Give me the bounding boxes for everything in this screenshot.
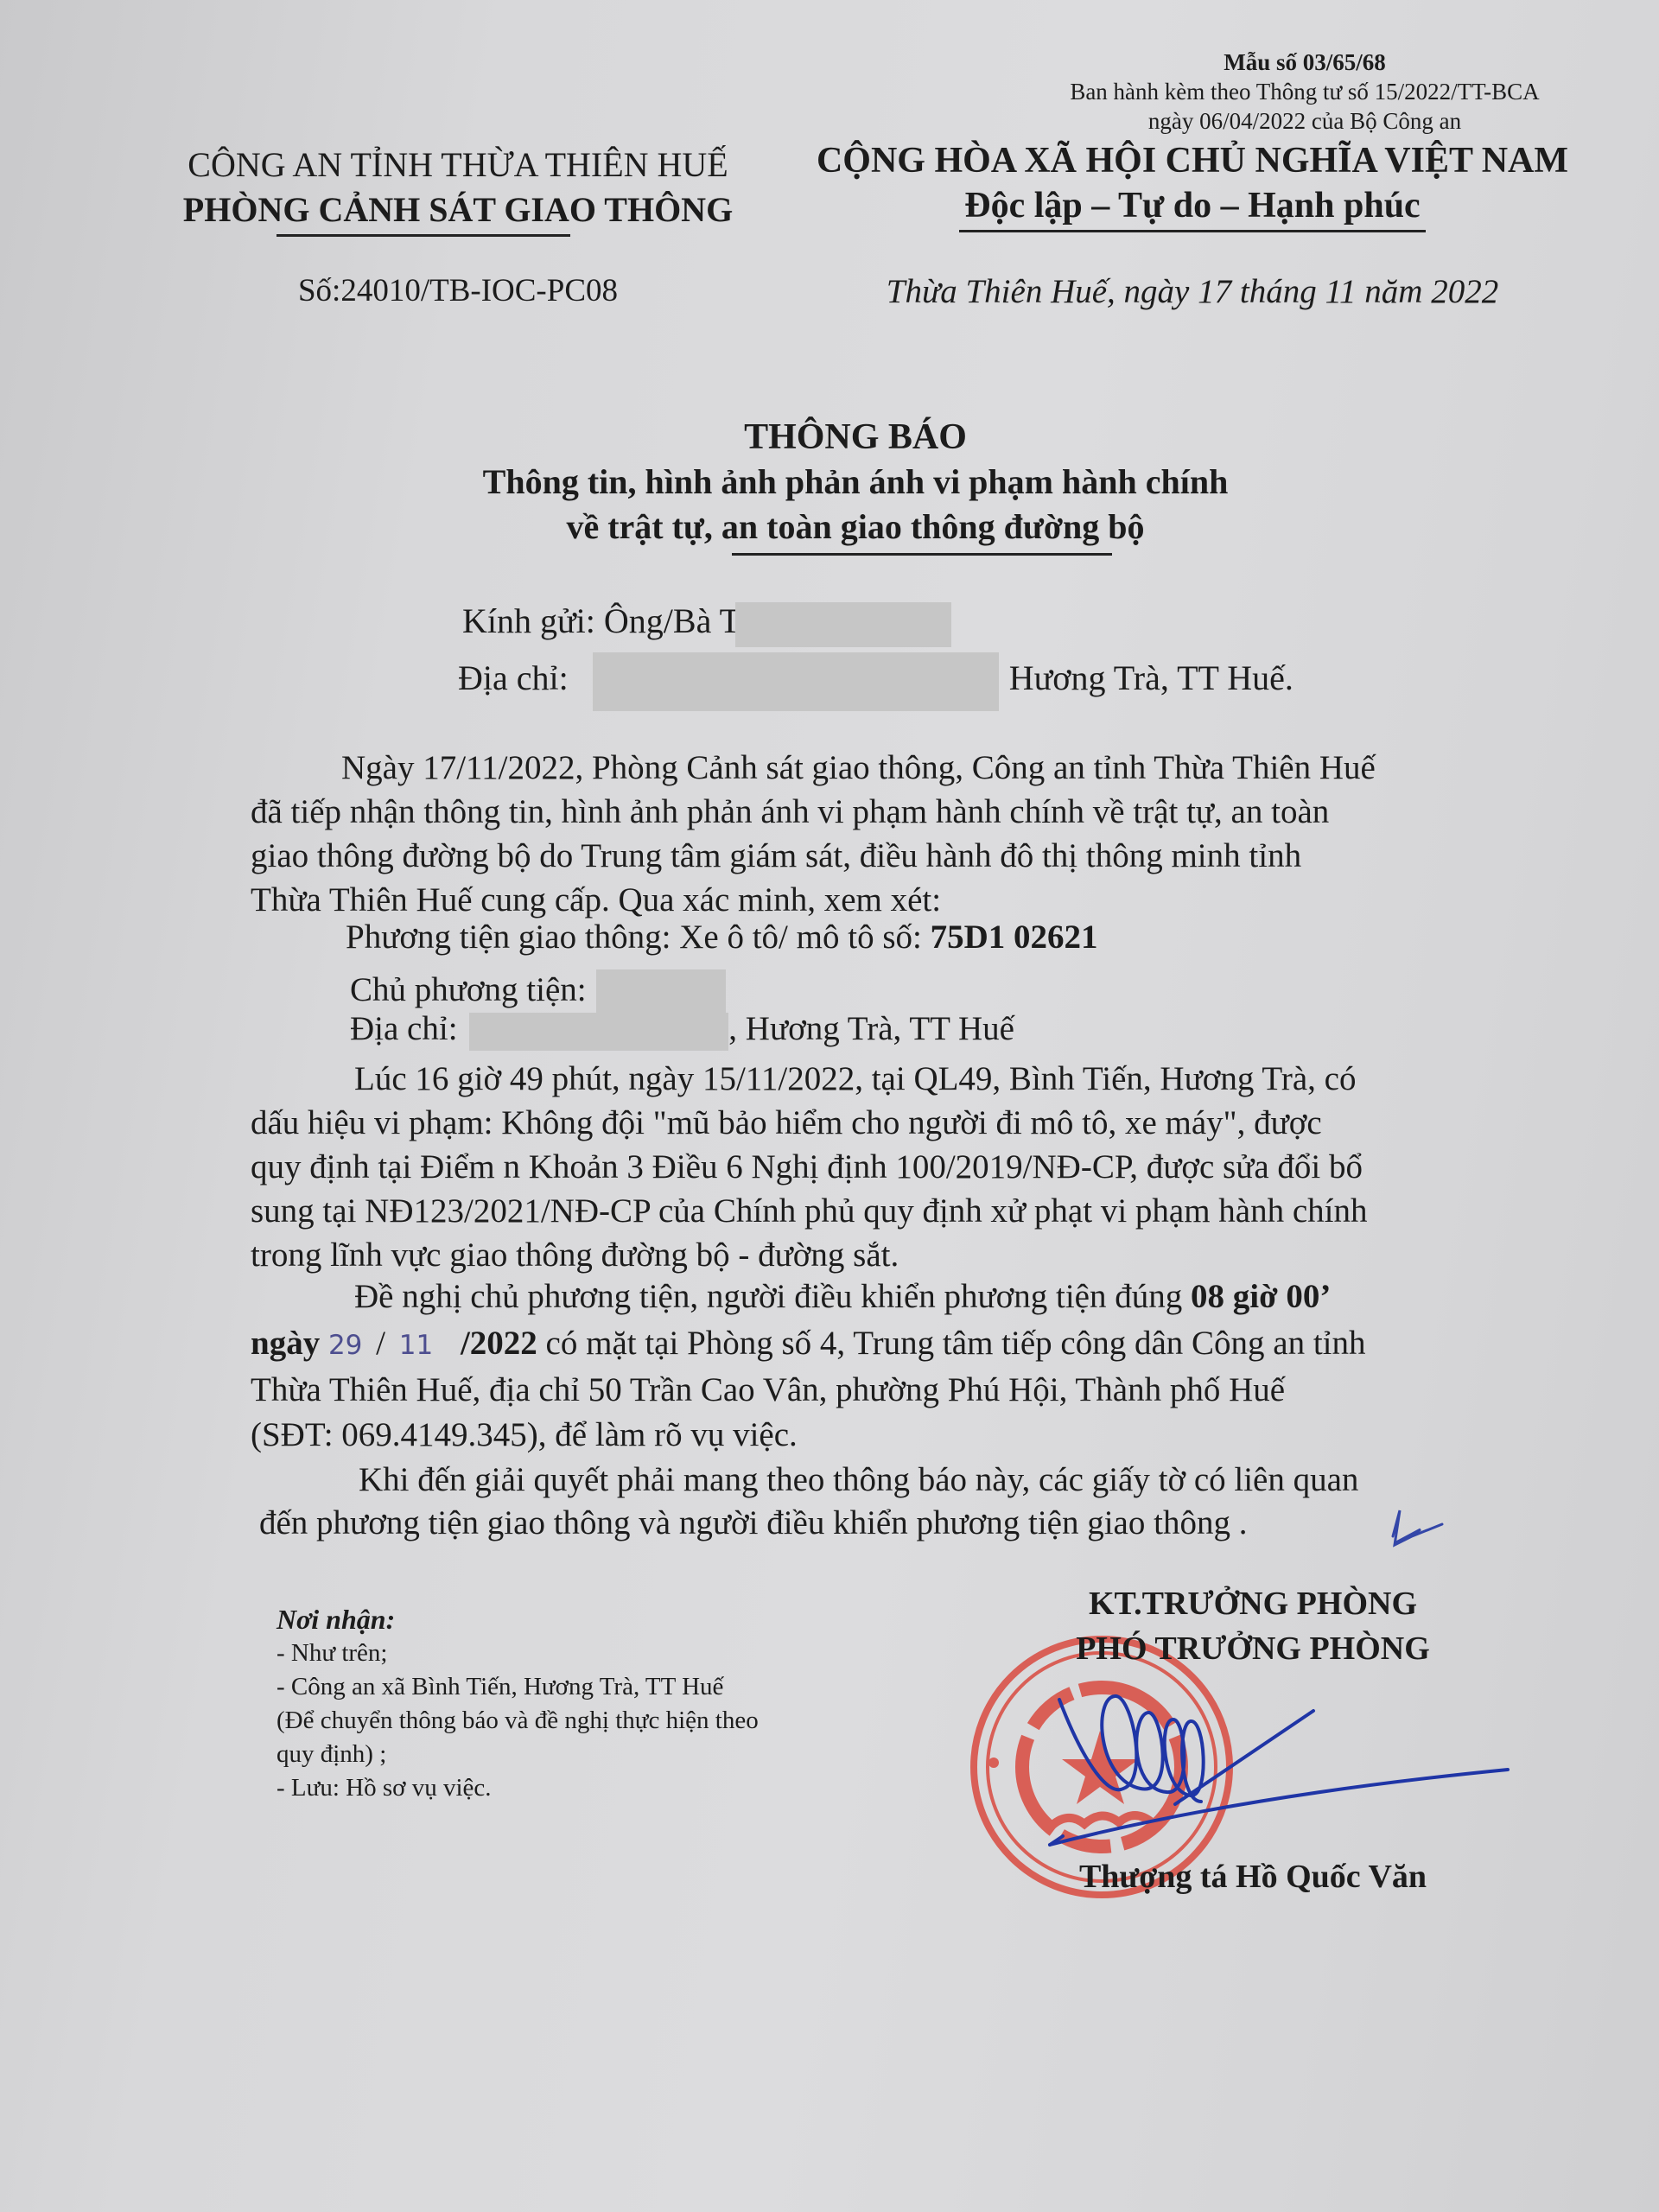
vehicle-line: Phương tiện giao thông: Xe ô tô/ mô tô s…	[346, 918, 1098, 957]
address-suffix: Hương Trà, TT Huế.	[1009, 658, 1294, 697]
owner-label: Chủ phương tiện:	[350, 971, 587, 1008]
initials-mark-icon	[1393, 1510, 1442, 1545]
body-p3-line2: ngày 29 / 11 /2022 có mặt tại Phòng số 4…	[251, 1324, 1366, 1363]
redacted-address	[593, 652, 999, 711]
recipients-item: - Công an xã Bình Tiến, Hương Trà, TT Hu…	[276, 1670, 759, 1704]
recipients-item: quy định) ;	[276, 1738, 759, 1771]
address-label: Địa chỉ:	[458, 658, 569, 697]
plate-number: 75D1 02621	[931, 918, 1098, 956]
body-p1-line: đã tiếp nhận thông tin, hình ảnh phản án…	[251, 792, 1329, 831]
body-p2-line: dấu hiệu vi phạm: Không đội "mũ bảo hiểm…	[251, 1103, 1322, 1142]
place-date: Thừa Thiên Huế, ngày 17 tháng 11 năm 202…	[786, 272, 1599, 311]
form-issued-with: Ban hành kèm theo Thông tư số 15/2022/TT…	[994, 77, 1616, 106]
body-p1-line: giao thông đường bộ do Trung tâm giám sá…	[251, 836, 1301, 875]
body-p4-line: đến phương tiện giao thông và người điều…	[259, 1503, 1247, 1542]
handwritten-signature-icon	[1050, 1696, 1508, 1845]
recipient-address: Địa chỉ: Hương Trà, TT Huế.	[458, 652, 1294, 711]
handwritten-day: 29	[328, 1330, 362, 1361]
form-issued-date: ngày 06/04/2022 của Bộ Công an	[994, 106, 1616, 136]
recipients-item: - Như trên;	[276, 1637, 759, 1670]
signature-title-1: KT.TRƯỞNG PHÒNG	[985, 1581, 1521, 1626]
recipients-list: Nơi nhận: - Như trên; - Công an xã Bình …	[276, 1603, 759, 1805]
national-header: CỘNG HÒA XÃ HỘI CHỦ NGHĨA VIỆT NAM Độc l…	[786, 138, 1599, 232]
agency-underline	[276, 234, 570, 237]
signature-block: KT.TRƯỞNG PHÒNG PHÓ TRƯỞNG PHÒNG	[985, 1581, 1521, 1671]
motto-underline	[959, 230, 1426, 232]
signature-title-2: PHÓ TRƯỞNG PHÒNG	[985, 1626, 1521, 1671]
body-p2-line: Lúc 16 giờ 49 phút, ngày 15/11/2022, tại…	[354, 1059, 1356, 1098]
agency-department: PHÒNG CẢNH SÁT GIAO THÔNG	[138, 188, 778, 232]
title-main: THÔNG BÁO	[346, 415, 1365, 460]
agency-parent: CÔNG AN TỈNH THỪA THIÊN HUẾ	[138, 143, 778, 188]
official-stamp-icon	[974, 1639, 1230, 1895]
form-number: Mẫu số 03/65/68	[994, 48, 1616, 77]
signer-name: Thượng tá Hồ Quốc Văn	[1020, 1858, 1486, 1896]
recipients-item: - Lưu: Hồ sơ vụ việc.	[276, 1771, 759, 1805]
body-p2-line: sung tại NĐ123/2021/NĐ-CP của Chính phủ …	[251, 1192, 1368, 1230]
form-header: Mẫu số 03/65/68 Ban hành kèm theo Thông …	[994, 48, 1616, 136]
document-title: THÔNG BÁO Thông tin, hình ảnh phản ánh v…	[346, 415, 1365, 556]
body-p3-line3: Thừa Thiên Huế, địa chỉ 50 Trần Cao Vân,…	[251, 1370, 1285, 1409]
vehicle-label: Phương tiện giao thông: Xe ô tô/ mô tô s…	[346, 918, 931, 956]
title-subtitle-2: về trật tự, an toàn giao thông đường bộ	[346, 505, 1365, 550]
appointment-year: /2022	[461, 1325, 537, 1362]
owner-address-suffix: , Hương Trà, TT Huế	[728, 1010, 1014, 1047]
agency-header: CÔNG AN TỈNH THỪA THIÊN HUẾ PHÒNG CẢNH S…	[138, 143, 778, 237]
body-p2-line: trong lĩnh vực giao thông đường bộ - đườ…	[251, 1236, 899, 1274]
national-motto: Độc lập – Tự do – Hạnh phúc	[786, 183, 1599, 228]
redacted-name	[735, 602, 951, 647]
title-subtitle-1: Thông tin, hình ảnh phản ánh vi phạm hàn…	[346, 460, 1365, 505]
body-p4-line: Khi đến giải quyết phải mang theo thông …	[359, 1460, 1358, 1499]
redacted-owner-address	[469, 1013, 728, 1051]
recipients-item: (Để chuyển thông báo và đề nghị thực hiệ…	[276, 1704, 759, 1738]
recipient-line: Kính gửi: Ông/Bà T	[462, 601, 951, 647]
title-underline	[732, 553, 1112, 556]
owner-address-line: Địa chỉ: , Hương Trà, TT Huế	[350, 1009, 1014, 1051]
body-p3-line1: Đề nghị chủ phương tiện, người điều khiể…	[354, 1277, 1331, 1316]
recipient-label: Kính gửi: Ông/Bà T	[462, 601, 741, 640]
owner-address-label: Địa chỉ:	[350, 1010, 458, 1047]
body-p1-line: Ngày 17/11/2022, Phòng Cảnh sát giao thô…	[341, 748, 1376, 787]
body-p2-line: quy định tại Điểm n Khoản 3 Điều 6 Nghị …	[251, 1147, 1363, 1186]
body-p1-line: Thừa Thiên Huế cung cấp. Qua xác minh, x…	[251, 880, 941, 919]
handwritten-month: 11	[399, 1330, 433, 1361]
country-name: CỘNG HÒA XÃ HỘI CHỦ NGHĨA VIỆT NAM	[786, 138, 1599, 183]
recipients-heading: Nơi nhận:	[276, 1603, 759, 1637]
appointment-time: 08 giờ 00’	[1191, 1278, 1331, 1315]
document-number: Số:24010/TB-IOC-PC08	[138, 272, 778, 309]
body-p3-line4: (SĐT: 069.4149.345), để làm rõ vụ việc.	[251, 1415, 798, 1454]
